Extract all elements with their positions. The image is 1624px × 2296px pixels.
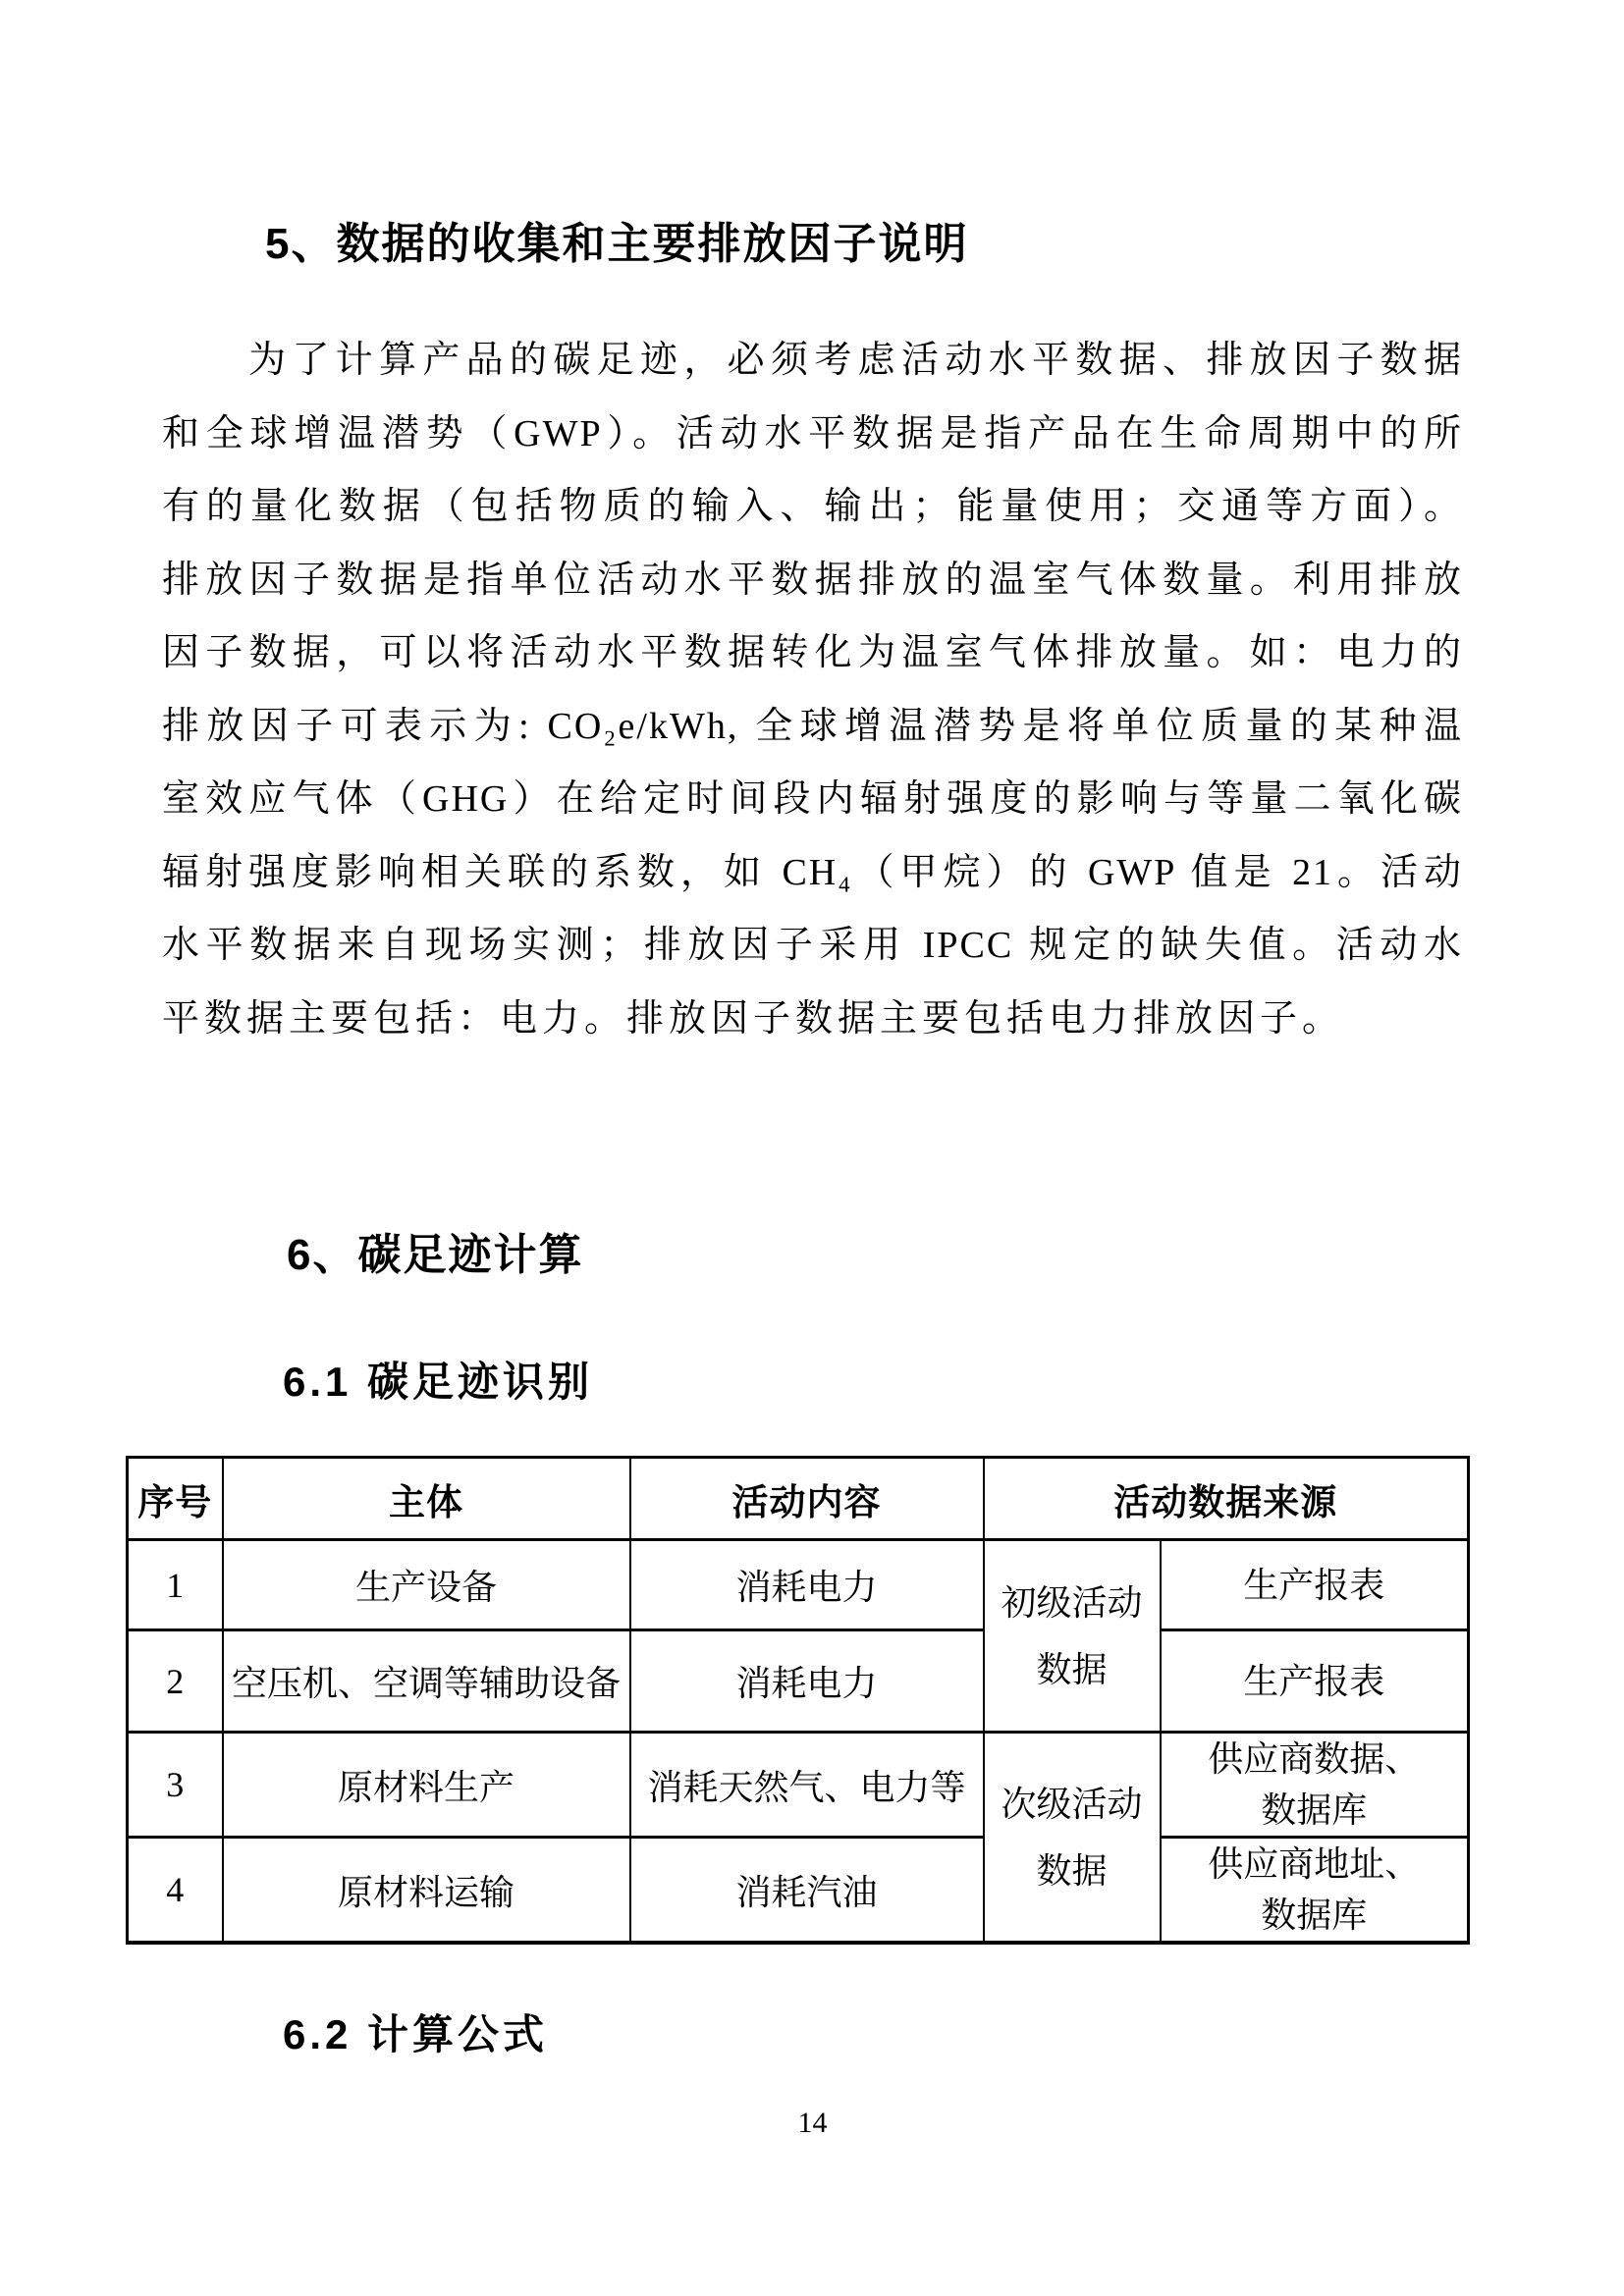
source-line: 供应商数据、 [1165, 1734, 1464, 1785]
cell-source: 生产报表 [1161, 1540, 1469, 1630]
source-line: 供应商地址、 [1165, 1839, 1464, 1890]
table-header-row: 序号 主体 活动内容 活动数据来源 [128, 1458, 1469, 1540]
page-number: 14 [162, 2107, 1463, 2140]
paragraph-line: 平数据主要包括：电力。排放因子数据主要包括电力排放因子。 [162, 983, 1463, 1056]
paragraph-line: 辐射强度影响相关联的系数，如 CH₄（甲烷）的 GWP 值是 21。活动 [162, 836, 1463, 910]
cell-subject: 原材料运输 [223, 1838, 630, 1944]
paragraph-line: 室效应气体（GHG）在给定时间段内辐射强度的影响与等量二氧化碳 [162, 763, 1463, 836]
category-line: 次级活动 [989, 1771, 1156, 1838]
cell-no: 1 [128, 1540, 223, 1630]
cell-subject: 生产设备 [223, 1540, 630, 1630]
carbon-footprint-table-wrapper: 序号 主体 活动内容 活动数据来源 1 生产设备 消耗电力 初级活动 数据 [126, 1456, 1463, 1945]
cell-subject: 空压机、空调等辅助设备 [223, 1630, 630, 1733]
category-line: 数据 [989, 1636, 1156, 1703]
paragraph-line: 为了计算产品的碳足迹，必须考虑活动水平数据、排放因子数据 [162, 324, 1463, 398]
source-line: 数据库 [1165, 1785, 1464, 1836]
paragraph-line: 和全球增温潜势（GWP）。活动水平数据是指产品在生命周期中的所 [162, 398, 1463, 471]
table-row: 3 原材料生产 消耗天然气、电力等 次级活动 数据 供应商数据、 数据库 [128, 1733, 1469, 1838]
cell-source: 生产报表 [1161, 1630, 1469, 1733]
cell-source: 供应商数据、 数据库 [1161, 1733, 1469, 1838]
table-row: 1 生产设备 消耗电力 初级活动 数据 生产报表 [128, 1540, 1469, 1630]
section-5-heading: 5、数据的收集和主要排放因子说明 [265, 220, 1463, 269]
header-cell-no: 序号 [128, 1458, 223, 1540]
header-cell-source: 活动数据来源 [984, 1458, 1469, 1540]
paragraph-line: 排放因子可表示为: CO₂e/kWh, 全球增温潜势是将单位质量的某种温 [162, 690, 1463, 764]
cell-source: 供应商地址、 数据库 [1161, 1838, 1469, 1944]
table-row: 4 原材料运输 消耗汽油 供应商地址、 数据库 [128, 1838, 1469, 1944]
header-cell-subject: 主体 [223, 1458, 630, 1540]
cell-subject: 原材料生产 [223, 1733, 630, 1838]
section-6-1-heading: 6.1 碳足迹识别 [283, 1358, 1463, 1407]
cell-category-primary: 初级活动 数据 [984, 1540, 1161, 1733]
paragraph-line: 因子数据，可以将活动水平数据转化为温室气体排放量。如：电力的 [162, 616, 1463, 690]
cell-no: 4 [128, 1838, 223, 1944]
category-line: 数据 [989, 1838, 1156, 1904]
cell-no: 2 [128, 1630, 223, 1733]
table-row: 2 空压机、空调等辅助设备 消耗电力 生产报表 [128, 1630, 1469, 1733]
cell-category-secondary: 次级活动 数据 [984, 1733, 1161, 1944]
category-line: 初级活动 [989, 1570, 1156, 1636]
paragraph-line: 水平数据来自现场实测；排放因子采用 IPCC 规定的缺失值。活动水 [162, 909, 1463, 983]
source-line: 数据库 [1165, 1890, 1464, 1941]
paragraph-line: 有的量化数据（包括物质的输入、输出；能量使用；交通等方面）。 [162, 470, 1463, 544]
section-6-heading: 6、碳足迹计算 [287, 1230, 1463, 1281]
document-page: 5、数据的收集和主要排放因子说明 为了计算产品的碳足迹，必须考虑活动水平数据、排… [0, 0, 1624, 2296]
carbon-footprint-identification-table: 序号 主体 活动内容 活动数据来源 1 生产设备 消耗电力 初级活动 数据 [126, 1456, 1470, 1945]
source-line: 生产报表 [1165, 1560, 1464, 1611]
cell-activity: 消耗电力 [630, 1540, 984, 1630]
cell-activity: 消耗天然气、电力等 [630, 1733, 984, 1838]
header-cell-activity: 活动内容 [630, 1458, 984, 1540]
section-5-paragraph: 为了计算产品的碳足迹，必须考虑活动水平数据、排放因子数据 和全球增温潜势（GWP… [162, 324, 1463, 1055]
paragraph-line: 排放因子数据是指单位活动水平数据排放的温室气体数量。利用排放 [162, 544, 1463, 617]
section-6-2-heading: 6.2 计算公式 [283, 2010, 1463, 2059]
cell-activity: 消耗汽油 [630, 1838, 984, 1944]
source-line: 生产报表 [1165, 1656, 1464, 1707]
cell-no: 3 [128, 1733, 223, 1838]
page-content: 5、数据的收集和主要排放因子说明 为了计算产品的碳足迹，必须考虑活动水平数据、排… [0, 220, 1624, 2140]
cell-activity: 消耗电力 [630, 1630, 984, 1733]
